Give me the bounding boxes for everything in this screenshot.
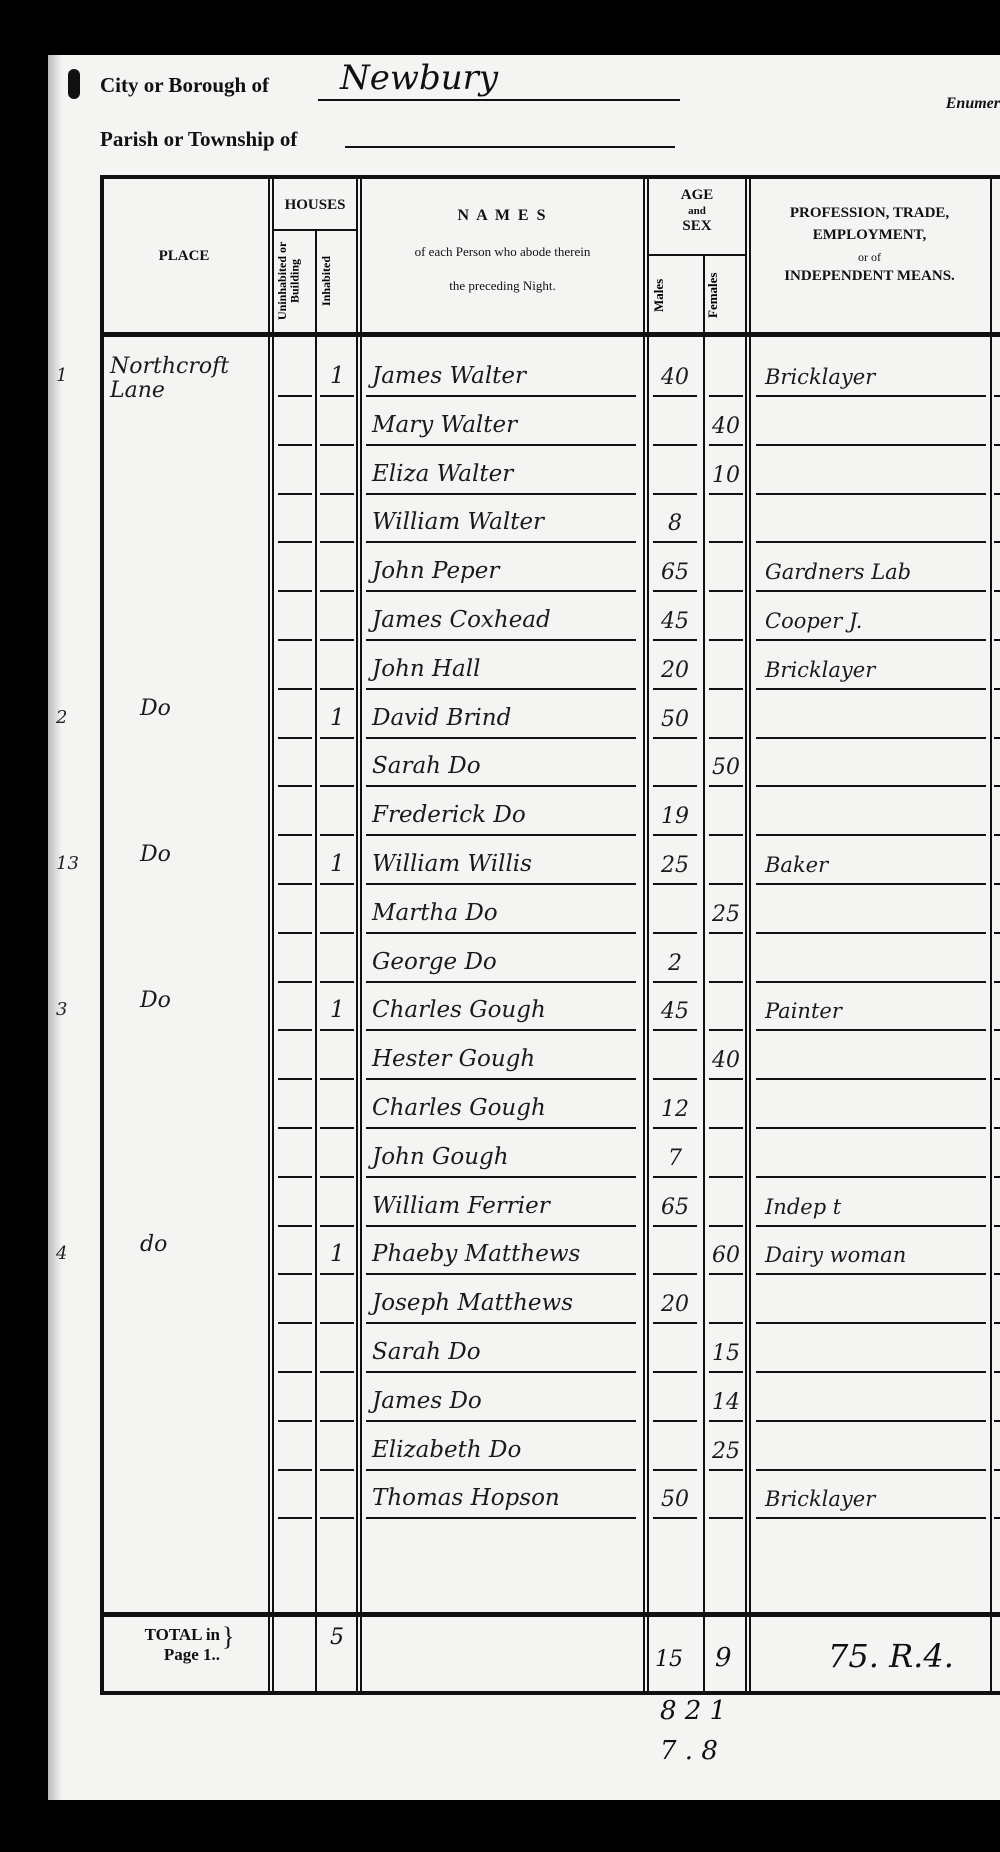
row-rule-females xyxy=(709,444,743,446)
female-age: 25 xyxy=(706,902,746,927)
row-rule-name xyxy=(366,1029,636,1031)
row-rule-name xyxy=(366,1273,636,1275)
row-rule-inhabited xyxy=(320,590,354,592)
table-row-name: Elizabeth Do xyxy=(372,1437,521,1463)
row-rule-females xyxy=(709,639,743,641)
row-rule-uninhabited xyxy=(278,785,312,787)
row-rule-females xyxy=(709,883,743,885)
row-rule-uninhabited xyxy=(278,737,312,739)
row-rule-females xyxy=(709,493,743,495)
row-rule-inhabited xyxy=(320,1127,354,1129)
row-rule-uninhabited xyxy=(278,444,312,446)
row-rule-inhabited xyxy=(320,1371,354,1373)
place-name: Northcroft Lane xyxy=(110,355,260,403)
row-rule-occupation xyxy=(756,1273,986,1275)
row-rule-name xyxy=(366,1322,636,1324)
row-rule-males xyxy=(653,785,697,787)
table-row-name: Martha Do xyxy=(372,900,498,926)
male-age: 20 xyxy=(655,1292,695,1317)
row-rule-females xyxy=(709,1078,743,1080)
row-rule-males xyxy=(653,639,697,641)
schedule-number: 4 xyxy=(56,1243,67,1264)
row-rule-name xyxy=(366,1420,636,1422)
table-row-name: George Do xyxy=(372,949,497,975)
row-rule-next xyxy=(994,737,1000,739)
table-row-name: Hester Gough xyxy=(372,1046,535,1072)
row-rule-name xyxy=(366,639,636,641)
occupation: Cooper J. xyxy=(765,609,862,633)
occupation: Dairy woman xyxy=(765,1243,906,1267)
row-rule-next xyxy=(994,541,1000,543)
row-rule-occupation xyxy=(756,541,986,543)
male-age: 7 xyxy=(655,1146,695,1171)
row-rule-next xyxy=(994,590,1000,592)
row-rule-females xyxy=(709,688,743,690)
row-rule-occupation xyxy=(756,1517,986,1519)
row-rule-next xyxy=(994,444,1000,446)
column-place: PLACE xyxy=(100,248,268,265)
total-males: 15 xyxy=(655,1647,683,1672)
parish-township-label: Parish or Township of xyxy=(100,127,297,152)
occupation: Gardners Lab xyxy=(765,560,911,584)
table-row-name: Joseph Matthews xyxy=(372,1290,573,1316)
row-rule-name xyxy=(366,444,636,446)
row-rule-name xyxy=(366,1078,636,1080)
row-rule-females xyxy=(709,834,743,836)
row-rule-males xyxy=(653,590,697,592)
table-row-name: Phaeby Matthews xyxy=(372,1241,580,1267)
column-inhabited: Inhabited xyxy=(320,237,354,325)
female-age: 15 xyxy=(706,1341,746,1366)
row-rule-next xyxy=(994,785,1000,787)
row-rule-females xyxy=(709,737,743,739)
row-rule-males xyxy=(653,932,697,934)
footnote-line-1: 8 2 1 xyxy=(660,1696,726,1726)
row-rule-uninhabited xyxy=(278,493,312,495)
table-row-name: James Walter xyxy=(372,363,526,389)
female-age: 25 xyxy=(706,1439,746,1464)
table-row-name: Eliza Walter xyxy=(372,461,513,487)
row-rule-inhabited xyxy=(320,834,354,836)
row-rule-males xyxy=(653,395,697,397)
row-rule-females xyxy=(709,590,743,592)
column-sex: SEX xyxy=(647,218,747,235)
row-rule-uninhabited xyxy=(278,981,312,983)
column-houses: HOUSES xyxy=(272,197,358,214)
row-rule-females xyxy=(709,785,743,787)
row-rule-next xyxy=(994,1322,1000,1324)
row-rule-uninhabited xyxy=(278,395,312,397)
male-age: 12 xyxy=(655,1097,695,1122)
row-rule-males xyxy=(653,1273,697,1275)
table-row-name: Thomas Hopson xyxy=(372,1485,560,1511)
row-rule-inhabited xyxy=(320,981,354,983)
occupation: Painter xyxy=(765,999,842,1023)
row-rule-name xyxy=(366,541,636,543)
row-rule-next xyxy=(994,1371,1000,1373)
row-rule-males xyxy=(653,1029,697,1031)
row-rule-females xyxy=(709,541,743,543)
row-rule-uninhabited xyxy=(278,590,312,592)
row-rule-males xyxy=(653,1322,697,1324)
place-name: Do xyxy=(140,843,290,867)
row-rule-inhabited xyxy=(320,785,354,787)
row-rule-uninhabited xyxy=(278,1273,312,1275)
row-rule-next xyxy=(994,981,1000,983)
row-rule-inhabited xyxy=(320,1322,354,1324)
row-rule-next xyxy=(994,883,1000,885)
row-rule-males xyxy=(653,1225,697,1227)
male-age: 19 xyxy=(655,804,695,829)
row-rule-occupation xyxy=(756,1225,986,1227)
inhabited-count: 1 xyxy=(330,363,345,389)
row-rule-inhabited xyxy=(320,737,354,739)
row-rule-occupation xyxy=(756,932,986,934)
row-rule-uninhabited xyxy=(278,1420,312,1422)
row-rule-uninhabited xyxy=(278,1517,312,1519)
row-rule-inhabited xyxy=(320,1029,354,1031)
row-rule-uninhabited xyxy=(278,688,312,690)
row-rule-occupation xyxy=(756,1469,986,1471)
column-females: Females xyxy=(706,265,744,325)
row-rule-uninhabited xyxy=(278,1371,312,1373)
row-rule-inhabited xyxy=(320,1517,354,1519)
table-row-name: William Ferrier xyxy=(372,1193,550,1219)
row-rule-occupation xyxy=(756,1176,986,1178)
row-rule-females xyxy=(709,1517,743,1519)
row-rule-next xyxy=(994,1469,1000,1471)
schedule-number: 2 xyxy=(56,707,67,728)
row-rule-uninhabited xyxy=(278,834,312,836)
row-rule-males xyxy=(653,1469,697,1471)
row-rule-occupation xyxy=(756,834,986,836)
row-rule-males xyxy=(653,1176,697,1178)
row-rule-uninhabited xyxy=(278,1029,312,1031)
column-uninhabited: Uninhabited or Building xyxy=(276,237,312,325)
table-row-name: Frederick Do xyxy=(372,802,526,828)
row-rule-inhabited xyxy=(320,1420,354,1422)
parish-underline xyxy=(345,146,675,148)
male-age: 45 xyxy=(655,609,695,634)
row-rule-occupation xyxy=(756,1127,986,1129)
place-name: Do xyxy=(140,989,290,1013)
row-rule-females xyxy=(709,981,743,983)
column-profession-4: INDEPENDENT MEANS. xyxy=(749,268,990,285)
table-row-name: David Brind xyxy=(372,705,511,731)
row-rule-males xyxy=(653,1517,697,1519)
occupation: Bricklayer xyxy=(765,658,875,682)
row-rule-next xyxy=(994,1225,1000,1227)
table-row-name: Charles Gough xyxy=(372,1095,546,1121)
row-rule-males xyxy=(653,493,697,495)
row-rule-next xyxy=(994,1029,1000,1031)
row-rule-females xyxy=(709,1176,743,1178)
table-row-name: James Coxhead xyxy=(372,607,551,633)
row-rule-inhabited xyxy=(320,883,354,885)
table-row-name: William Walter xyxy=(372,509,544,535)
row-rule-males xyxy=(653,1127,697,1129)
row-rule-inhabited xyxy=(320,1176,354,1178)
male-age: 40 xyxy=(655,365,695,390)
inhabited-count: 1 xyxy=(330,851,345,877)
schedule-number: 1 xyxy=(56,365,67,386)
inhabited-count: 1 xyxy=(330,997,345,1023)
row-rule-inhabited xyxy=(320,493,354,495)
row-rule-name xyxy=(366,1469,636,1471)
row-rule-name xyxy=(366,981,636,983)
row-rule-inhabited xyxy=(320,688,354,690)
row-rule-inhabited xyxy=(320,1078,354,1080)
schedule-number: 3 xyxy=(56,999,67,1020)
inhabited-count: 1 xyxy=(330,705,345,731)
female-age: 10 xyxy=(706,463,746,488)
row-rule-next xyxy=(994,1517,1000,1519)
male-age: 25 xyxy=(655,853,695,878)
table-row-name: John Gough xyxy=(372,1144,509,1170)
row-rule-name xyxy=(366,883,636,885)
row-rule-uninhabited xyxy=(278,1322,312,1324)
row-rule-occupation xyxy=(756,639,986,641)
column-names-sub2: the preceding Night. xyxy=(360,279,645,294)
row-rule-uninhabited xyxy=(278,1078,312,1080)
place-name: Do xyxy=(140,697,290,721)
row-rule-uninhabited xyxy=(278,639,312,641)
column-age-and: and xyxy=(647,205,747,218)
male-age: 65 xyxy=(655,1195,695,1220)
table-row-name: Charles Gough xyxy=(372,997,546,1023)
row-rule-females xyxy=(709,1420,743,1422)
row-rule-occupation xyxy=(756,737,986,739)
female-age: 50 xyxy=(706,755,746,780)
row-rule-uninhabited xyxy=(278,1225,312,1227)
occupation: Bricklayer xyxy=(765,1487,875,1511)
row-rule-males xyxy=(653,1078,697,1080)
row-rule-occupation xyxy=(756,688,986,690)
row-rule-females xyxy=(709,395,743,397)
row-rule-inhabited xyxy=(320,444,354,446)
row-rule-name xyxy=(366,1371,636,1373)
female-age: 40 xyxy=(706,414,746,439)
table-row-name: William Willis xyxy=(372,851,532,877)
row-rule-males xyxy=(653,688,697,690)
male-age: 8 xyxy=(655,511,695,536)
row-rule-next xyxy=(994,1273,1000,1275)
row-rule-occupation xyxy=(756,883,986,885)
row-rule-uninhabited xyxy=(278,1127,312,1129)
row-rule-name xyxy=(366,1225,636,1227)
inhabited-count: 1 xyxy=(330,1241,345,1267)
row-rule-occupation xyxy=(756,1322,986,1324)
total-females: 9 xyxy=(715,1643,732,1673)
row-rule-uninhabited xyxy=(278,883,312,885)
row-rule-occupation xyxy=(756,1371,986,1373)
row-rule-males xyxy=(653,834,697,836)
row-rule-occupation xyxy=(756,785,986,787)
row-rule-females xyxy=(709,932,743,934)
row-rule-name xyxy=(366,785,636,787)
table-row-name: Mary Walter xyxy=(372,412,517,438)
row-rule-occupation xyxy=(756,1420,986,1422)
row-rule-next xyxy=(994,493,1000,495)
row-rule-occupation xyxy=(756,590,986,592)
column-names: N A M E S xyxy=(360,207,645,225)
row-rule-next xyxy=(994,395,1000,397)
row-rule-next xyxy=(994,1127,1000,1129)
total-inhabited: 5 xyxy=(330,1625,344,1650)
row-rule-name xyxy=(366,395,636,397)
row-rule-uninhabited xyxy=(278,1469,312,1471)
row-rule-name xyxy=(366,493,636,495)
row-rule-name xyxy=(366,1127,636,1129)
row-rule-occupation xyxy=(756,1078,986,1080)
enumerator-label: Enumer xyxy=(946,95,1000,113)
column-males: Males xyxy=(652,265,698,325)
column-profession-2: EMPLOYMENT, xyxy=(749,227,990,244)
row-rule-uninhabited xyxy=(278,1176,312,1178)
row-rule-uninhabited xyxy=(278,932,312,934)
table-row-name: James Do xyxy=(372,1388,482,1414)
row-rule-males xyxy=(653,1371,697,1373)
row-rule-next xyxy=(994,688,1000,690)
row-rule-inhabited xyxy=(320,932,354,934)
total-label: TOTAL inPage 1.. xyxy=(110,1625,220,1666)
column-names-sub1: of each Person who abode therein xyxy=(360,245,645,260)
row-rule-inhabited xyxy=(320,1225,354,1227)
row-rule-inhabited xyxy=(320,1469,354,1471)
row-rule-inhabited xyxy=(320,541,354,543)
schedule-number: 13 xyxy=(56,853,79,874)
row-rule-inhabited xyxy=(320,1273,354,1275)
row-rule-next xyxy=(994,1420,1000,1422)
row-rule-males xyxy=(653,981,697,983)
row-rule-next xyxy=(994,639,1000,641)
total-occupation-note: 75. R.4. xyxy=(828,1637,954,1675)
row-rule-females xyxy=(709,1273,743,1275)
row-rule-females xyxy=(709,1371,743,1373)
row-rule-uninhabited xyxy=(278,541,312,543)
row-rule-males xyxy=(653,541,697,543)
city-underline xyxy=(318,99,680,101)
male-age: 20 xyxy=(655,658,695,683)
row-rule-females xyxy=(709,1322,743,1324)
row-rule-next xyxy=(994,932,1000,934)
table-row-name: John Peper xyxy=(372,558,499,584)
column-profession-3: or of xyxy=(749,251,990,265)
brace-icon: } xyxy=(222,1621,234,1652)
row-rule-name xyxy=(366,834,636,836)
male-age: 50 xyxy=(655,1487,695,1512)
column-profession-1: PROFESSION, TRADE, xyxy=(749,205,990,222)
row-rule-occupation xyxy=(756,395,986,397)
row-rule-occupation xyxy=(756,493,986,495)
row-rule-females xyxy=(709,1469,743,1471)
female-age: 60 xyxy=(706,1243,746,1268)
row-rule-name xyxy=(366,932,636,934)
page-bullet-mark xyxy=(68,69,80,99)
row-rule-occupation xyxy=(756,444,986,446)
row-rule-males xyxy=(653,883,697,885)
occupation: Indep t xyxy=(765,1195,841,1219)
row-rule-next xyxy=(994,834,1000,836)
row-rule-name xyxy=(366,688,636,690)
place-name: do xyxy=(140,1233,290,1257)
row-rule-males xyxy=(653,1420,697,1422)
row-rule-males xyxy=(653,737,697,739)
row-rule-females xyxy=(709,1029,743,1031)
male-age: 45 xyxy=(655,999,695,1024)
column-age: AGE xyxy=(647,187,747,204)
row-rule-females xyxy=(709,1225,743,1227)
row-rule-next xyxy=(994,1078,1000,1080)
table-row-name: Sarah Do xyxy=(372,753,481,779)
male-age: 65 xyxy=(655,560,695,585)
row-rule-name xyxy=(366,1517,636,1519)
table-row-name: Sarah Do xyxy=(372,1339,481,1365)
census-table: PLACE HOUSES Uninhabited or Building Inh… xyxy=(100,175,1000,1695)
row-rule-inhabited xyxy=(320,395,354,397)
male-age: 2 xyxy=(655,951,695,976)
footnote-line-2: 7 . 8 xyxy=(660,1736,718,1766)
row-rule-occupation xyxy=(756,981,986,983)
occupation: Baker xyxy=(765,853,828,877)
row-rule-occupation xyxy=(756,1029,986,1031)
row-rule-name xyxy=(366,1176,636,1178)
row-rule-males xyxy=(653,444,697,446)
row-rule-name xyxy=(366,737,636,739)
city-borough-label: City or Borough of xyxy=(100,73,269,98)
male-age: 50 xyxy=(655,707,695,732)
occupation: Bricklayer xyxy=(765,365,875,389)
row-rule-inhabited xyxy=(320,639,354,641)
row-rule-next xyxy=(994,1176,1000,1178)
female-age: 14 xyxy=(706,1390,746,1415)
row-rule-females xyxy=(709,1127,743,1129)
city-borough-value: Newbury xyxy=(340,58,498,98)
table-row-name: John Hall xyxy=(372,656,481,682)
row-rule-name xyxy=(366,590,636,592)
female-age: 40 xyxy=(706,1048,746,1073)
